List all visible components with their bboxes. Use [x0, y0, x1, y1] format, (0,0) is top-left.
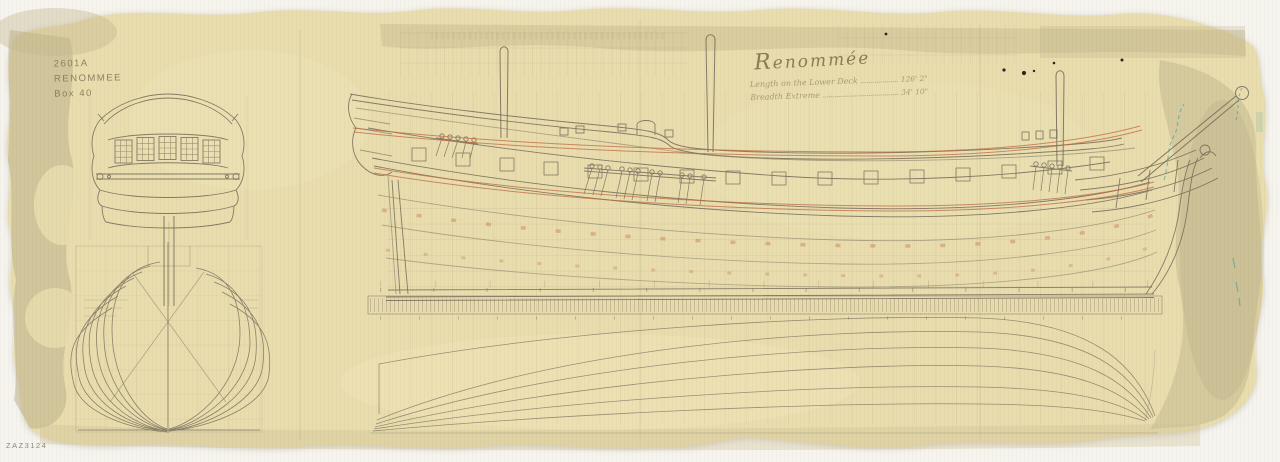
- scanned-ship-draught: Renommée Length on the Lower Deck 126' 2…: [0, 0, 1280, 462]
- paper-texture: [0, 0, 1280, 462]
